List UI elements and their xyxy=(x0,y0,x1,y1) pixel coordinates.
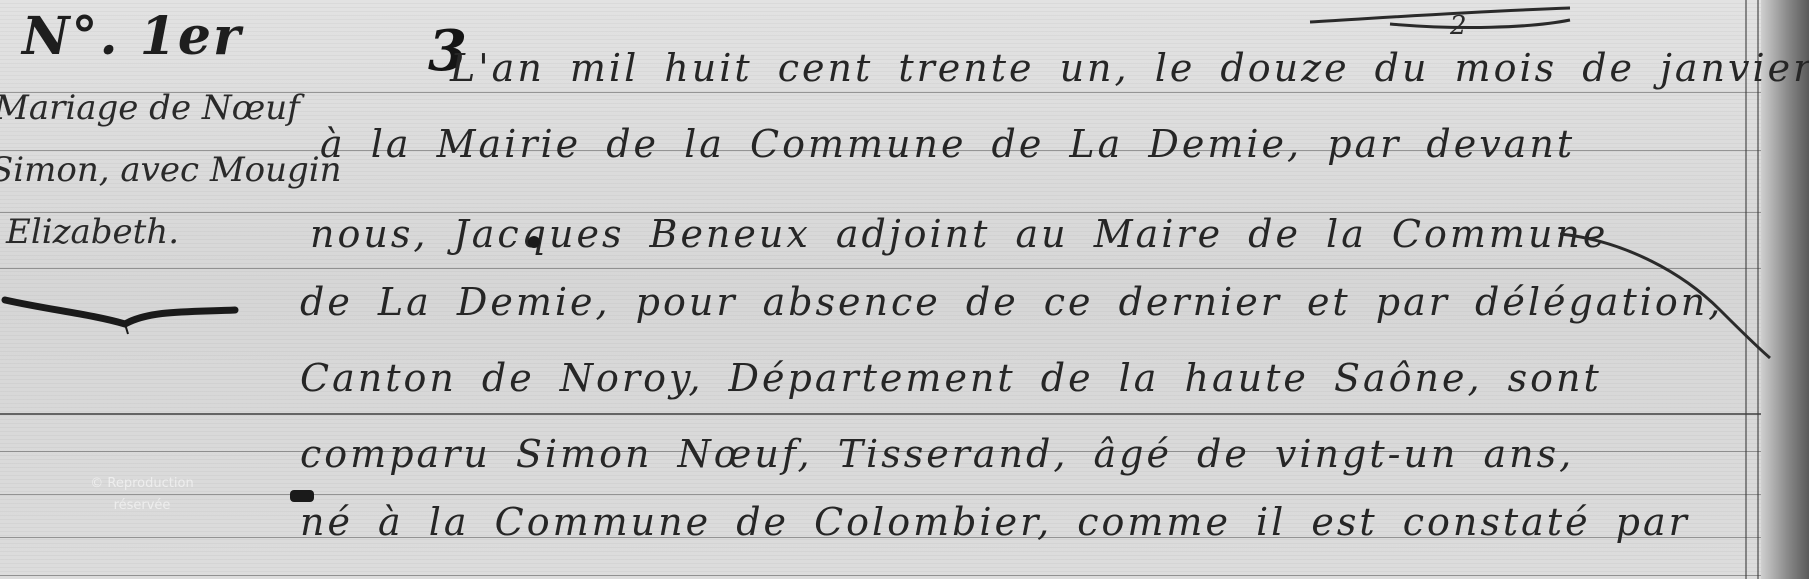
body-line-2: à la Mairie de la Commune de La Demie, p… xyxy=(320,122,1575,166)
body-line-4: de La Demie, pour absence de ce dernier … xyxy=(300,280,1723,324)
body-line-7: né à la Commune de Colombier, comme il e… xyxy=(300,500,1690,544)
document-scan: N°. 1er Mariage de Nœuf Simon, avec Moug… xyxy=(0,0,1809,579)
body-line-3: nous, Jacques Beneux adjoint au Maire de… xyxy=(310,212,1608,256)
record-body: L'an mil huit cent trente un, le douze d… xyxy=(0,0,1809,579)
ink-blot xyxy=(290,490,314,502)
body-line-5: Canton de Noroy, Département de la haute… xyxy=(300,356,1602,400)
margin-curve-stroke xyxy=(1560,230,1780,360)
body-line-6: comparu Simon Nœuf, Tisserand, âgé de vi… xyxy=(300,432,1574,476)
ink-blot xyxy=(528,236,540,248)
body-line-1: L'an mil huit cent trente un, le douze d… xyxy=(450,46,1809,90)
